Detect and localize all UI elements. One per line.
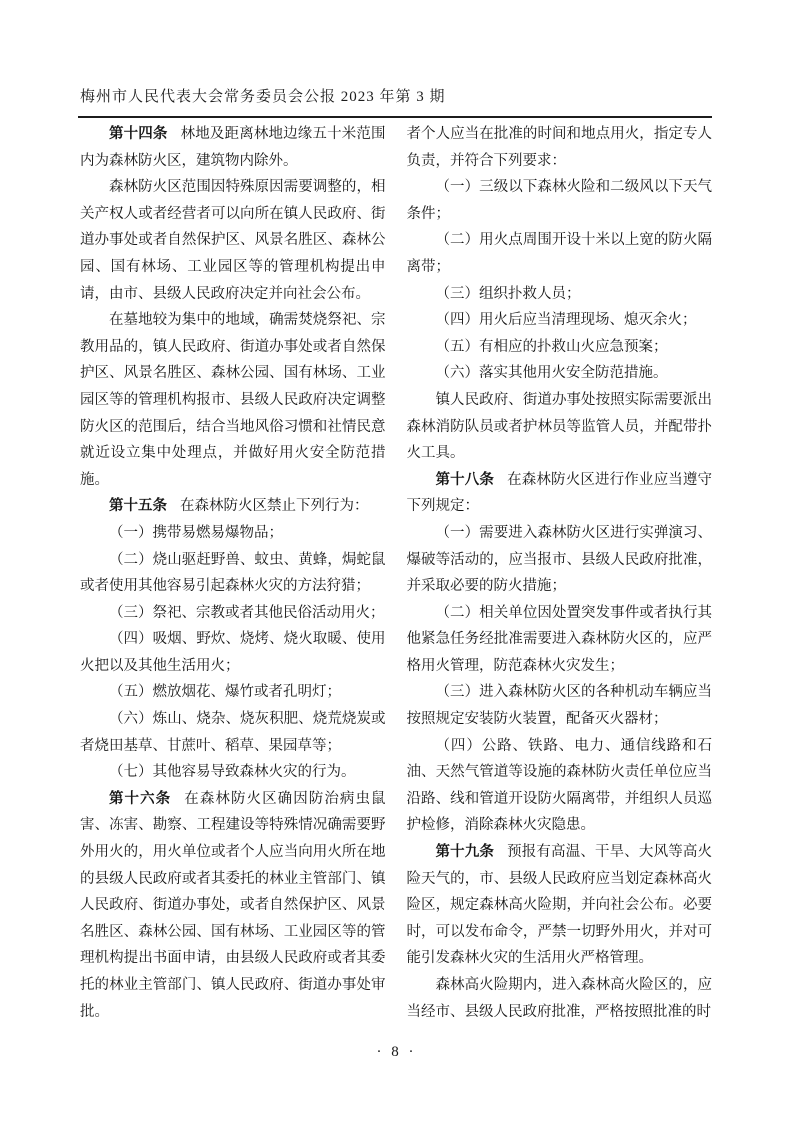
paragraph-text: （二）用火点周围开设十米以上宽的防火隔离带； xyxy=(407,232,713,275)
paragraph-text: （三）组织扑救人员； xyxy=(436,286,581,302)
page-number: · 8 · xyxy=(377,1044,417,1060)
paragraph-text: 在森林防火区禁止下列行为： xyxy=(180,498,369,514)
paragraph: （四）用火后应当清理现场、熄灭余火； xyxy=(407,307,713,334)
paragraph: （二）相关单位因处置突发事件或者执行其他紧急任务经批准需要进入森林防火区的，应严… xyxy=(407,600,713,680)
paragraph: 镇人民政府、街道办事处按照实际需要派出森林消防队员或者护林员等监管人员，并配带扑… xyxy=(407,387,713,467)
paragraph: 森林高火险期内，进入森林高火险区的，应当经市、县级人民政府批准，严格按照批准的时 xyxy=(407,972,713,1023)
header-rule xyxy=(78,116,712,118)
article-number: 第十九条 xyxy=(436,844,495,860)
paragraph: （五）燃放烟花、爆竹或者孔明灯； xyxy=(80,679,386,706)
article-number: 第十八条 xyxy=(436,472,495,488)
paragraph-text: （三）祭祀、宗教或者其他民俗活动用火； xyxy=(109,605,385,621)
paragraph-text: 森林防火区范围因特殊原因需要调整的，相关产权人或者经营者可以向所在镇人民政府、街… xyxy=(80,179,386,301)
paragraph: （六）炼山、烧杂、烧灰积肥、烧荒烧炭或者烧田基草、甘蔗叶、稻草、果园草等； xyxy=(80,706,386,759)
paragraph: （二）烧山驱赶野兽、蚊虫、黄蜂，焗蛇鼠或者使用其他容易引起森林火灾的方法狩猎； xyxy=(80,547,386,600)
text-columns: 第十四条林地及距离林地边缘五十米范围内为森林防火区，建筑物内除外。森林防火区范围… xyxy=(80,121,712,1023)
paragraph: （三）进入森林防火区的各种机动车辆应当按照规定安装防火装置，配备灭火器材； xyxy=(407,679,713,732)
running-header: 梅州市人民代表大会常务委员会公报 2023 年第 3 期 xyxy=(80,87,712,107)
paragraph: （二）用火点周围开设十米以上宽的防火隔离带； xyxy=(407,227,713,280)
paragraph-text: （五）有相应的扑救山火应急预案； xyxy=(436,339,668,355)
paragraph: 第十九条预报有高温、干旱、大风等高火险天气的，市、县级人民政府应当划定森林高火险… xyxy=(407,839,713,972)
paragraph-text: （六）落实其他用火安全防范措施。 xyxy=(436,365,668,381)
paragraph-text: 森林高火险期内，进入森林高火险区的，应当经市、县级人民政府批准，严格按照批准的时 xyxy=(407,977,713,1020)
paragraph-text: （二）相关单位因处置突发事件或者执行其他紧急任务经批准需要进入森林防火区的，应严… xyxy=(407,605,713,674)
paragraph: 第十五条在森林防火区禁止下列行为： xyxy=(80,493,386,520)
paragraph: （七）其他容易导致森林火灾的行为。 xyxy=(80,759,386,786)
paragraph: （六）落实其他用火安全防范措施。 xyxy=(407,360,713,387)
article-number: 第十四条 xyxy=(109,126,168,142)
paragraph: 在墓地较为集中的地域，确需焚烧祭祀、宗教用品的，镇人民政府、街道办事处或者自然保… xyxy=(80,307,386,493)
paragraph: 者个人应当在批准的时间和地点用火，指定专人负责，并符合下列要求： xyxy=(407,121,713,174)
paragraph-text: （一）三级以下森林火险和二级风以下天气条件； xyxy=(407,179,713,222)
paragraph-text: 预报有高温、干旱、大风等高火险天气的，市、县级人民政府应当划定森林高火险区，规定… xyxy=(407,844,713,966)
paragraph-text: （六）炼山、烧杂、烧灰积肥、烧荒烧炭或者烧田基草、甘蔗叶、稻草、果园草等； xyxy=(80,711,386,754)
paragraph: （三）组织扑救人员； xyxy=(407,281,713,308)
paragraph: （四）吸烟、野炊、烧烤、烧火取暖、使用火把以及其他生活用火； xyxy=(80,626,386,679)
page-footer: · 8 · xyxy=(0,1044,793,1061)
paragraph: 森林防火区范围因特殊原因需要调整的，相关产权人或者经营者可以向所在镇人民政府、街… xyxy=(80,174,386,307)
paragraph: （一）携带易燃易爆物品； xyxy=(80,520,386,547)
document-page: 梅州市人民代表大会常务委员会公报 2023 年第 3 期 第十四条林地及距离林地… xyxy=(0,0,793,1122)
paragraph: （一）三级以下森林火险和二级风以下天气条件； xyxy=(407,174,713,227)
paragraph-text: （三）进入森林防火区的各种机动车辆应当按照规定安装防火装置，配备灭火器材； xyxy=(407,684,713,727)
paragraph: （四）公路、铁路、电力、通信线路和石油、天然气管道等设施的森林防火责任单位应当沿… xyxy=(407,733,713,839)
article-number: 第十六条 xyxy=(109,791,171,807)
article-number: 第十五条 xyxy=(109,498,167,514)
paragraph-text: 在森林防火区确因防治病虫鼠害、冻害、勘察、工程建设等特殊情况确需要野外用火的，用… xyxy=(80,791,386,1020)
paragraph-text: （一）携带易燃易爆物品； xyxy=(109,525,283,541)
paragraph-text: （二）烧山驱赶野兽、蚊虫、黄蜂，焗蛇鼠或者使用其他容易引起森林火灾的方法狩猎； xyxy=(80,552,386,595)
paragraph-text: 镇人民政府、街道办事处按照实际需要派出森林消防队员或者护林员等监管人员，并配带扑… xyxy=(407,392,713,461)
paragraph-text: （一）需要进入森林防火区进行实弹演习、爆破等活动的，应当报市、县级人民政府批准，… xyxy=(407,525,713,594)
right-column: 者个人应当在批准的时间和地点用火，指定专人负责，并符合下列要求：（一）三级以下森… xyxy=(407,121,713,1023)
paragraph: （一）需要进入森林防火区进行实弹演习、爆破等活动的，应当报市、县级人民政府批准，… xyxy=(407,520,713,600)
paragraph: （三）祭祀、宗教或者其他民俗活动用火； xyxy=(80,600,386,627)
paragraph-text: （四）公路、铁路、电力、通信线路和石油、天然气管道等设施的森林防火责任单位应当沿… xyxy=(407,738,713,834)
paragraph: 第十六条在森林防火区确因防治病虫鼠害、冻害、勘察、工程建设等特殊情况确需要野外用… xyxy=(80,786,386,1023)
paragraph-text: （四）用火后应当清理现场、熄灭余火； xyxy=(436,312,697,328)
paragraph: （五）有相应的扑救山火应急预案； xyxy=(407,334,713,361)
paragraph-text: （四）吸烟、野炊、烧烤、烧火取暖、使用火把以及其他生活用火； xyxy=(80,631,386,674)
paragraph-text: 在墓地较为集中的地域，确需焚烧祭祀、宗教用品的，镇人民政府、街道办事处或者自然保… xyxy=(80,312,386,488)
left-column: 第十四条林地及距离林地边缘五十米范围内为森林防火区，建筑物内除外。森林防火区范围… xyxy=(80,121,386,1023)
paragraph-text: 者个人应当在批准的时间和地点用火，指定专人负责，并符合下列要求： xyxy=(407,126,713,169)
paragraph: 第十四条林地及距离林地边缘五十米范围内为森林防火区，建筑物内除外。 xyxy=(80,121,386,174)
paragraph-text: （五）燃放烟花、爆竹或者孔明灯； xyxy=(109,684,341,700)
paragraph: 第十八条在森林防火区进行作业应当遵守下列规定： xyxy=(407,467,713,520)
paragraph-text: （七）其他容易导致森林火灾的行为。 xyxy=(109,764,356,780)
running-header-title: 梅州市人民代表大会常务委员会公报 2023 年第 3 期 xyxy=(80,89,446,105)
